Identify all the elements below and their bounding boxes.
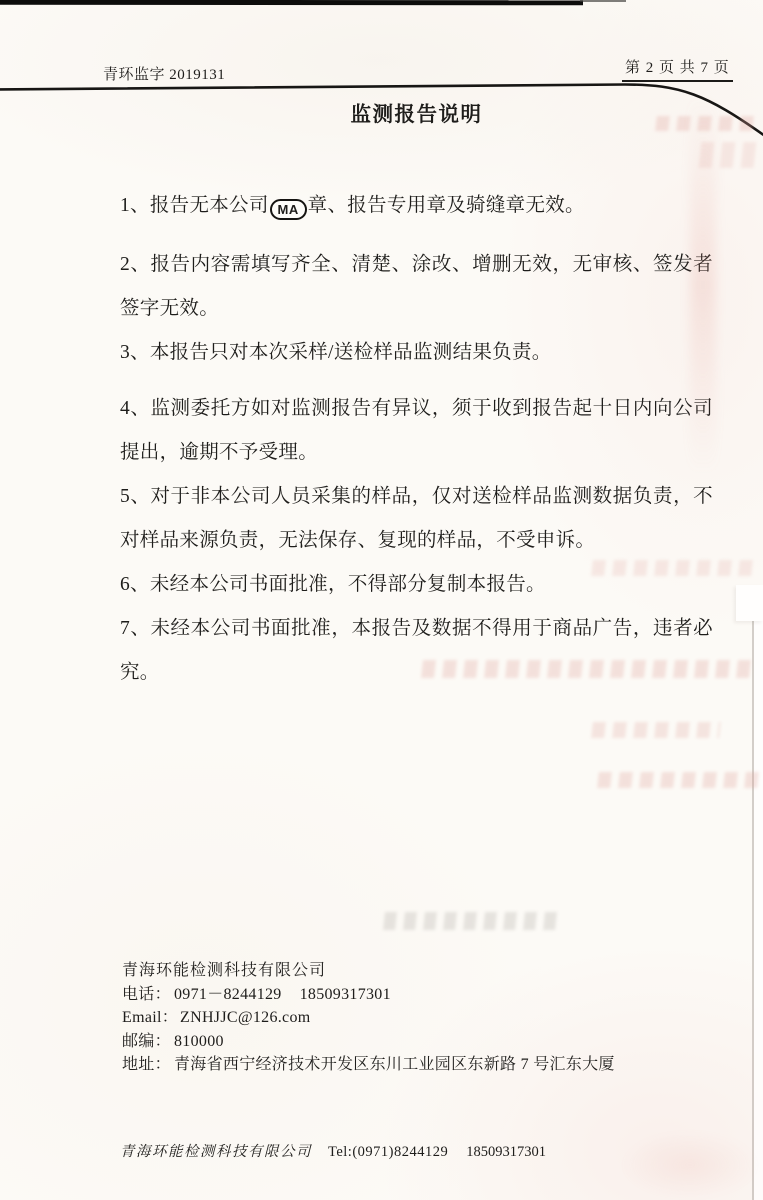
scan-top-edge-artifact [580,0,626,2]
phone-label: 电话： [122,983,172,1007]
footer-mobile: 18509317301 [466,1144,546,1161]
paper-corner-notch [736,585,763,621]
footer-tel: Tel:(0971)8244129 [328,1144,448,1161]
note-item-2: 2、报告内容需填写齐全、清楚、涂改、增删无效，无审核、签发者签字无效。 [120,243,713,331]
note-item-3: 3、本报告只对本次采样/送检样品监测结果负责。 [120,331,713,375]
scan-top-edge-artifact [0,0,583,5]
address-label: 地址： [122,1053,172,1077]
page-indicator: 第 2 页 共 7 页 [622,56,733,82]
cma-mark-icon: MA [270,199,307,220]
note-1-text-post: 章、报告专用章及骑缝章无效。 [308,195,585,216]
address-value: 青海省西宁经济技术开发区东川工业园区东新路 7 号汇东大厦 [174,1053,615,1077]
phone-number: 0971－8244129 [174,983,282,1007]
notes-list: 1、报告无本公司MA章、报告专用章及骑缝章无效。 2、报告内容需填写齐全、清楚、… [120,184,713,695]
note-item-1: 1、报告无本公司MA章、报告专用章及骑缝章无效。 [120,184,713,228]
paper-crease-tint [690,95,716,475]
bleed-through-artifact [591,560,759,576]
footer-company-name: 青海环能检测科技有限公司 [120,1140,312,1161]
page-title: 监测报告说明 [120,97,713,127]
note-1-text-pre: 1、报告无本公司 [120,195,269,216]
scanned-document-page: 青环监字 2019131 第 2 页 共 7 页 监测报告说明 1、报告无本公司… [0,0,763,1200]
document-number: 青环监字 2019131 [103,63,225,84]
bleed-through-artifact [620,1130,760,1200]
footer-line: 青海环能检测科技有限公司 Tel:(0971)8244129 185093173… [120,1140,546,1161]
bleed-through-artifact [421,660,759,678]
mobile-number: 18509317301 [300,983,391,1007]
contact-line-email: Email： ZNHJJC@126.com [122,1006,615,1030]
company-info-block: 青海环能检测科技有限公司 电话： 0971－8244129 1850931730… [122,959,615,1077]
note-item-7: 7、未经本公司书面批准，本报告及数据不得用于商品广告，违者必究。 [120,607,713,695]
contact-line-postcode: 邮编： 810000 [122,1030,615,1054]
postcode-value: 810000 [174,1030,224,1054]
company-name: 青海环能检测科技有限公司 [122,959,615,983]
underlying-page-edge [754,586,763,1200]
paper-edge-line [752,588,754,1200]
contact-line-phone: 电话： 0971－8244129 18509317301 [122,983,615,1007]
email-value: ZNHJJC@126.com [180,1006,311,1030]
email-label: Email： [122,1006,178,1030]
bleed-through-artifact [591,722,721,738]
contact-line-address: 地址： 青海省西宁经济技术开发区东川工业园区东新路 7 号汇东大厦 [122,1053,615,1077]
note-item-4: 4、监测委托方如对监测报告有异议，须于收到报告起十日内向公司提出，逾期不予受理。 [120,387,713,475]
postcode-label: 邮编： [122,1030,172,1054]
note-item-5: 5、对于非本公司人员采集的样品，仅对送检样品监测数据负责，不对样品来源负责，无法… [120,475,713,563]
bleed-through-artifact [383,912,565,930]
bleed-through-artifact [597,772,761,788]
